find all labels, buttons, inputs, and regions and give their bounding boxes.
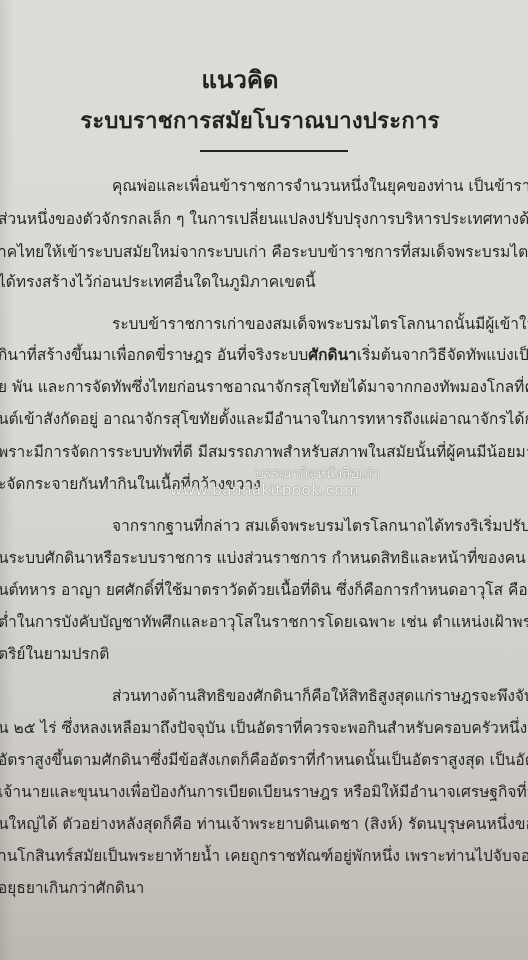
text-line: จากรากฐานที่กล่าว สมเด็จพระบรมไตรโลกนาถไ… xyxy=(112,516,528,536)
text-line: ส่วนทางด้านสิทธิของศักดินาก็คือให้สิทธิส… xyxy=(112,686,528,706)
text-line: เจ้านายและขุนนางเพื่อป้องกันการเบียดเบีย… xyxy=(0,782,528,802)
text-line: ต่ำในการบังคับบัญชาทัพศึกและอาวุโสในราชก… xyxy=(0,612,528,632)
text-line: ส่วนหนึ่งของตัวจักรกลเล็ก ๆ ในการเปลี่ยน… xyxy=(0,209,528,229)
text-line: กินาที่สร้างขึ้นมาเพื่อกดขี่ราษฎร อันที่… xyxy=(0,345,528,365)
watermark-url: www.bannakitbook.com xyxy=(170,481,359,499)
text-line: คุณพ่อและเพื่อนข้าราชการจำนวนหนึ่งในยุคข… xyxy=(112,176,528,196)
text-line: นระบบศักดินาหรือระบบราชการ แบ่งส่วนราชกา… xyxy=(0,548,528,568)
text-line: าคไทยให้เข้าระบบสมัยใหม่จากระบบเก่า คือร… xyxy=(0,242,528,262)
text-line: นต์เข้าสังกัดอยู่ อาณาจักรสุโขทัยตั้งและ… xyxy=(0,409,528,429)
text-line: อัตราสูงขึ้นตามศักดินาซึ่งมีข้อสังเกตก็ค… xyxy=(0,750,528,770)
text-line: ย พัน และการจัดทัพซึ่งไทยก่อนราชอาณาจักร… xyxy=(0,377,528,397)
emphasized-term: ศักดินา xyxy=(308,346,357,364)
chapter-title: แนวคิด xyxy=(0,60,528,99)
text-line: ระบบข้าราชการเก่าของสมเด็จพระบรมไตรโลกนา… xyxy=(112,314,528,334)
text-line: านโกสินทร์สมัยเป็นพระยาท้ายน้ำ เคยถูกราช… xyxy=(0,846,528,866)
text-line: น ๒๕ ไร่ ซึ่งหลงเหลือมาถึงปัจจุบัน เป็นอ… xyxy=(0,718,528,738)
text-line: นใหญ่ได้ ตัวอย่างหลังสุดก็คือ ท่านเจ้าพร… xyxy=(0,814,528,834)
chapter-subtitle: ระบบราชการสมัยโบราณบางประการ xyxy=(0,103,528,138)
book-page: แนวคิด ระบบราชการสมัยโบราณบางประการ คุณพ… xyxy=(0,0,528,960)
text-line: อยุธยาเกินกว่าศักดินา xyxy=(0,878,144,898)
text-line: ัตริย์ในยามปรกติ xyxy=(0,644,109,664)
text-line: ได้ทรงสร้างไว้ก่อนประเทศอื่นใดในภูมิภาคเ… xyxy=(0,272,316,292)
text-line: พราะมีการจัดการระบบทัพที่ดี มีสมรรถภาพสำ… xyxy=(0,442,528,462)
text-line: นต์ทหาร อาญา ยศศักดิ์ที่ใช้มาตราวัดด้วยเ… xyxy=(0,580,528,600)
title-underline-divider xyxy=(200,150,348,152)
